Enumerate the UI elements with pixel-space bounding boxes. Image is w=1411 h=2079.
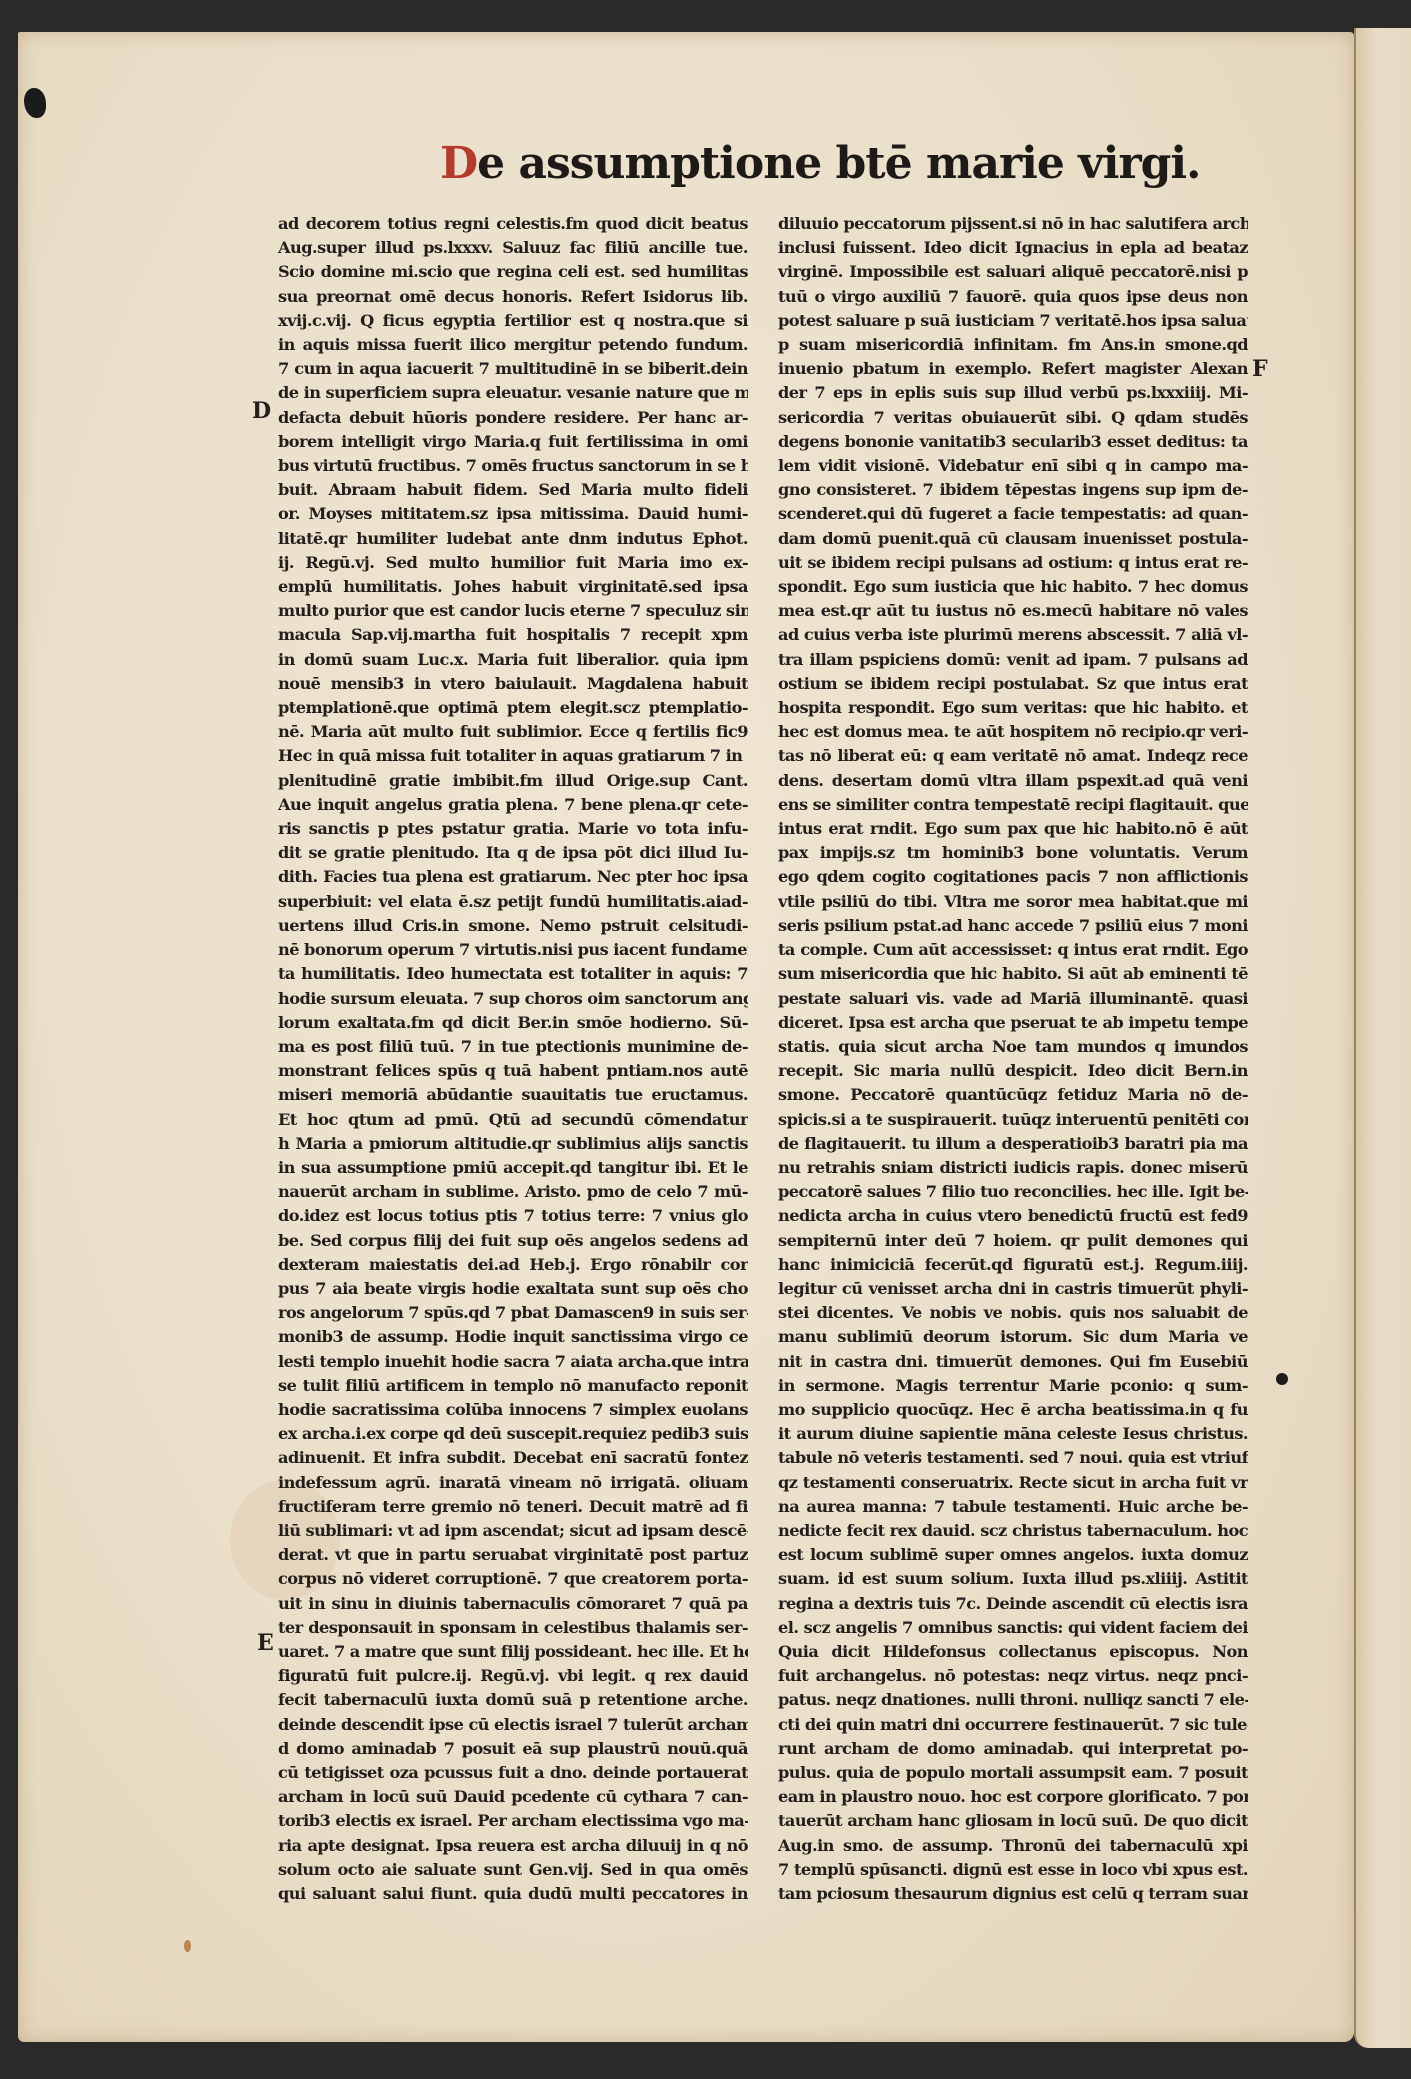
text-line: pulus. quia de populo mortali assumpsit … (778, 1761, 1248, 1785)
text-line: ria apte designat. Ipsa reuera est archa… (278, 1834, 748, 1858)
text-line: ostium se ibidem recipi postulabat. Sz q… (778, 672, 1248, 696)
text-line: dit se gratie plenitudo. Ita q de ipsa p… (278, 841, 748, 865)
text-line: deinde descendit ipse cū electis israel … (278, 1713, 748, 1737)
text-line: fuit archangelus. nō potestas: neqz virt… (778, 1664, 1248, 1688)
margin-letter-f: F (1252, 356, 1268, 382)
text-line: legitur cū venisset archa dni in castris… (778, 1277, 1248, 1301)
text-line: est locum sublimē super omnes angelos. i… (778, 1543, 1248, 1567)
text-line: sum misericordia que hic habito. Si aūt … (778, 962, 1248, 986)
text-line: sua preornat omē decus honoris. Refert I… (278, 285, 748, 309)
text-line: in aquis missa fuerit ilico mergitur pet… (278, 333, 748, 357)
running-title-initial: D (440, 138, 477, 189)
text-line: el. scz angelis 7 omnibus sanctis: qui v… (778, 1616, 1248, 1640)
text-line: se tulit filiū artificem in templo nō ma… (278, 1374, 748, 1398)
text-line: adinuenit. Et infra subdit. Decebat enī … (278, 1446, 748, 1470)
text-line: ma es post filiū tuū. 7 in tue ptectioni… (278, 1035, 748, 1059)
text-line: tauerūt archam hanc gliosam in locū suū.… (778, 1809, 1248, 1833)
text-line: degens bononie vanitatib3 secularib3 ess… (778, 430, 1248, 454)
text-line: potest saluare p suā iusticiam 7 veritat… (778, 309, 1248, 333)
text-line: der 7 eps in eplis suis sup illud verbū … (778, 381, 1248, 405)
text-line: cū tetigisset oza pcussus fuit a dno. de… (278, 1761, 748, 1785)
text-line: bus virtutū fructibus. 7 omēs fructus sa… (278, 454, 748, 478)
running-title: De assumptione btē marie virgi. (440, 138, 1200, 189)
text-line: d domo aminadab 7 posuit eā sup plaustrū… (278, 1737, 748, 1761)
text-line: uit in sinu in diuinis tabernaculis cōmo… (278, 1592, 748, 1616)
text-line: liū sublimari: vt ad ipm ascendat; sicut… (278, 1519, 748, 1543)
text-line: tam pciosum thesaurum dignius est celū q… (778, 1882, 1248, 1906)
margin-letter-e: E (257, 1630, 274, 1656)
text-line: ij. Regū.vj. Sed multo humilior fuit Mar… (278, 551, 748, 575)
text-line: na aurea manna: 7 tabule testamenti. Hui… (778, 1495, 1248, 1519)
text-line: de flagitauerit. tu illum a desperatioib… (778, 1132, 1248, 1156)
text-line: Scio domine mi.scio que regina celi est.… (278, 260, 748, 284)
text-line: derat. vt que in partu seruabat virginit… (278, 1543, 748, 1567)
text-line: cti dei quin matri dni occurrere festina… (778, 1713, 1248, 1737)
text-line: inclusi fuissent. Ideo dicit Ignacius in… (778, 236, 1248, 260)
text-line: statis. quia sicut archa Noe tam mundos … (778, 1035, 1248, 1059)
text-line: hanc inimiciciā fecerūt.qd figuratū est.… (778, 1253, 1248, 1277)
text-line: eam in plaustro nouo. hoc est corpore gl… (778, 1785, 1248, 1809)
text-line: hospita respondit. Ego sum veritas: que … (778, 696, 1248, 720)
text-line: dexteram maiestatis dei.ad Heb.j. Ergo r… (278, 1253, 748, 1277)
text-line: figuratū fuit pulcre.ij. Regū.vj. vbi le… (278, 1664, 748, 1688)
text-line: ros angelorum 7 spūs.qd 7 pbat Damascen9… (278, 1301, 748, 1325)
text-line: ta comple. Cum aūt accessisset: q intus … (778, 938, 1248, 962)
text-line: be. Sed corpus filij dei fuit sup oēs an… (278, 1229, 748, 1253)
text-line: multo purior que est candor lucis eterne… (278, 599, 748, 623)
text-line: Et hoc qtum ad pmū. Qtū ad secundū cōmen… (278, 1108, 748, 1132)
text-line: indefessum agrū. inaratā vineam nō irrig… (278, 1471, 748, 1495)
running-title-text: e assumptione btē marie virgi. (477, 138, 1200, 189)
text-line: Hec in quā missa fuit totaliter in aquas… (278, 744, 748, 768)
text-line: lem vidit visionē. Videbatur enī sibi q … (778, 454, 1248, 478)
text-line: pax impijs.sz tm hominib3 bone voluntati… (778, 841, 1248, 865)
text-line: peccatorē salues 7 filio tuo reconcilies… (778, 1180, 1248, 1204)
text-line: inuenio pbatum in exemplo. Refert magist… (778, 357, 1248, 381)
margin-letter-d: D (252, 398, 271, 424)
text-line: intus erat rndit. Ego sum pax que hic ha… (778, 817, 1248, 841)
text-line: tabule nō veteris testamenti. sed 7 noui… (778, 1446, 1248, 1470)
text-line: lorum exaltata.fm qd dicit Ber.in smōe h… (278, 1011, 748, 1035)
text-line: Aue inquit angelus gratia plena. 7 bene … (278, 793, 748, 817)
text-line: dens. desertam domū vltra illam pspexit.… (778, 769, 1248, 793)
text-line: archam in locū suū Dauid pcedente cū cyt… (278, 1785, 748, 1809)
text-line: hodie sursum eleuata. 7 sup choros oim s… (278, 987, 748, 1011)
text-line: regina a dextris tuis 7c. Deinde ascendi… (778, 1592, 1248, 1616)
text-line: smone. Peccatorē quantūcūqz fetiduz Mari… (778, 1083, 1248, 1107)
text-line: h Maria a pmiorum altitudie.qr sublimius… (278, 1132, 748, 1156)
text-line: ad cuius verba iste plurimū merens absce… (778, 623, 1248, 647)
text-line: tuū o virgo auxiliū 7 fauorē. quia quos … (778, 285, 1248, 309)
text-line: qz testamenti conseruatrix. Recte sicut … (778, 1471, 1248, 1495)
text-line: mea est.qr aūt tu iustus nō es.mecū habi… (778, 599, 1248, 623)
text-line: ter desponsauit in sponsam in celestibus… (278, 1616, 748, 1640)
ink-dot (1276, 1373, 1288, 1385)
text-column-left: ad decorem totius regni celestis.fm quod… (278, 212, 748, 1906)
text-line: mo supplicio quocūqz. Hec ē archa beatis… (778, 1398, 1248, 1422)
ink-blot (24, 88, 46, 118)
text-line: nu retrahis sniam districti iudicis rapi… (778, 1156, 1248, 1180)
text-line: monstrant felices spūs q tuā habent pnti… (278, 1059, 748, 1083)
text-line: dam domū puenit.quā cū clausam inuenisse… (778, 527, 1248, 551)
text-line: ego qdem cogito cogitationes pacis 7 non… (778, 865, 1248, 889)
text-line: seris psilium pstat.ad hanc accede 7 psi… (778, 914, 1248, 938)
text-line: ad decorem totius regni celestis.fm quod… (278, 212, 748, 236)
text-line: uertens illud Cris.in smone. Nemo pstrui… (278, 914, 748, 938)
text-line: suam. id est suum solium. Iuxta illud ps… (778, 1567, 1248, 1591)
text-line: stei dicentes. Ve nobis ve nobis. quis n… (778, 1301, 1248, 1325)
text-line: ens se similiter contra tempestatē recip… (778, 793, 1248, 817)
text-line: miseri memoriā abūdantie suauitatis tue … (278, 1083, 748, 1107)
text-line: in domū suam Luc.x. Maria fuit liberalio… (278, 648, 748, 672)
text-line: pestate saluari vis. vade ad Mariā illum… (778, 987, 1248, 1011)
text-line: patus. neqz dnationes. nulli throni. nul… (778, 1688, 1248, 1712)
text-line: 7 templū spūsancti. dignū est esse in lo… (778, 1858, 1248, 1882)
text-line: nit in castra dni. timuerūt demones. Qui… (778, 1350, 1248, 1374)
text-line: buit. Abraam habuit fidem. Sed Maria mul… (278, 478, 748, 502)
text-line: runt archam de domo aminadab. qui interp… (778, 1737, 1248, 1761)
text-line: vtile psiliū do tibi. Vltra me soror mea… (778, 890, 1248, 914)
text-line: p suam misericordiā infinitam. fm Ans.in… (778, 333, 1248, 357)
text-line: pus 7 aia beate virgis hodie exaltata su… (278, 1277, 748, 1301)
text-line: nē bonorum operum 7 virtutis.nisi pus ia… (278, 938, 748, 962)
text-line: ta humilitatis. Ideo humectata est total… (278, 962, 748, 986)
text-line: torib3 electis ex israel. Per archam ele… (278, 1809, 748, 1833)
text-line: nedicte fecit rex dauid. scz christus ta… (778, 1519, 1248, 1543)
text-line: uit se ibidem recipi pulsans ad ostium: … (778, 551, 1248, 575)
text-line: Aug.super illud ps.lxxxv. Saluuz fac fil… (278, 236, 748, 260)
text-line: manu sublimiū deorum istorum. Sic dum Ma… (778, 1325, 1248, 1349)
text-line: sericordia 7 veritas obuiauerūt sibi. Q … (778, 406, 1248, 430)
text-line: ex archa.i.ex corpe qd deū suscepit.requ… (278, 1422, 748, 1446)
text-line: in sua assumptione pmiū accepit.qd tangi… (278, 1156, 748, 1180)
text-line: xvij.c.vij. Q ficus egyptia fertilior es… (278, 309, 748, 333)
text-line: sempiternū inter deū 7 hoiem. qr pulit d… (778, 1229, 1248, 1253)
text-line: nedicta archa in cuius vtero benedictū f… (778, 1204, 1248, 1228)
paper-stain (184, 1940, 191, 1952)
text-line: fructiferam terre gremio nō teneri. Decu… (278, 1495, 748, 1519)
text-line: macula Sap.vij.martha fuit hospitalis 7 … (278, 623, 748, 647)
text-line: it aurum diuine sapientie māna celeste I… (778, 1422, 1248, 1446)
text-line: hodie sacratissima colūba innocens 7 sim… (278, 1398, 748, 1422)
text-line: or. Moyses mititatem.sz ipsa mitissima. … (278, 502, 748, 526)
text-line: 7 cum in aqua iacuerit 7 multitudinē in … (278, 357, 748, 381)
text-line: tra illam pspiciens domū: venit ad ipam.… (778, 648, 1248, 672)
text-line: gno consisteret. 7 ibidem tēpestas ingen… (778, 478, 1248, 502)
text-line: borem intelligit virgo Maria.q fuit fert… (278, 430, 748, 454)
text-line: in sermone. Magis terrentur Marie pconio… (778, 1374, 1248, 1398)
text-line: emplū humilitatis. Johes habuit virginit… (278, 575, 748, 599)
text-line: plenitudinē gratie imbibit.fm illud Orig… (278, 769, 748, 793)
text-line: spondit. Ego sum iusticia que hic habito… (778, 575, 1248, 599)
text-line: Aug.in smo. de assump. Thronū dei tabern… (778, 1834, 1248, 1858)
text-line: superbiuit: vel elata ē.sz petijt fundū … (278, 890, 748, 914)
text-line: litatē.qr humiliter ludebat ante dnm ind… (278, 527, 748, 551)
text-line: nauerūt archam in sublime. Aristo. pmo d… (278, 1180, 748, 1204)
text-line: fecit tabernaculū iuxta domū suā p reten… (278, 1688, 748, 1712)
text-line: corpus nō videret corruptionē. 7 que cre… (278, 1567, 748, 1591)
text-line: Quia dicit Hildefonsus collectanus episc… (778, 1640, 1248, 1664)
text-line: nē. Maria aūt multo fuit sublimior. Ecce… (278, 720, 748, 744)
text-line: virginē. Impossibile est saluari aliquē … (778, 260, 1248, 284)
text-line: nouē mensib3 in vtero baiulauit. Magdale… (278, 672, 748, 696)
text-line: ris sanctis p ptes pstatur gratia. Marie… (278, 817, 748, 841)
text-line: spicis.si a te suspirauerit. tuūqz inter… (778, 1108, 1248, 1132)
text-line: diluuio peccatorum pijssent.si nō in hac… (778, 212, 1248, 236)
text-line: scenderet.qui dū fugeret a facie tempest… (778, 502, 1248, 526)
text-line: monib3 de assump. Hodie inquit sanctissi… (278, 1325, 748, 1349)
text-column-right: diluuio peccatorum pijssent.si nō in hac… (778, 212, 1248, 1906)
text-line: lesti templo inuehit hodie sacra 7 aiata… (278, 1350, 748, 1374)
text-line: do.idez est locus totius ptis 7 totius t… (278, 1204, 748, 1228)
text-line: de in superficiem supra eleuatur. vesani… (278, 381, 748, 405)
text-line: tas nō liberat eū: q eam veritatē nō ama… (778, 744, 1248, 768)
text-line: dith. Facies tua plena est gratiarum. Ne… (278, 865, 748, 889)
text-line: uaret. 7 a matre que sunt filij possidea… (278, 1640, 748, 1664)
book-page-recto-edge (1354, 28, 1411, 2048)
text-line: recepit. Sic maria nullū despicit. Ideo … (778, 1059, 1248, 1083)
text-line: diceret. Ipsa est archa que pseruat te a… (778, 1011, 1248, 1035)
text-line: ptemplationē.que optimā ptem elegit.scz … (278, 696, 748, 720)
text-line: qui saluant salui fiunt. quia dudū multi… (278, 1882, 748, 1906)
text-line: defacta debuit hūoris pondere residere. … (278, 406, 748, 430)
text-line: solum octo aie saluate sunt Gen.vij. Sed… (278, 1858, 748, 1882)
text-line: hec est domus mea. te aūt hospitem nō re… (778, 720, 1248, 744)
